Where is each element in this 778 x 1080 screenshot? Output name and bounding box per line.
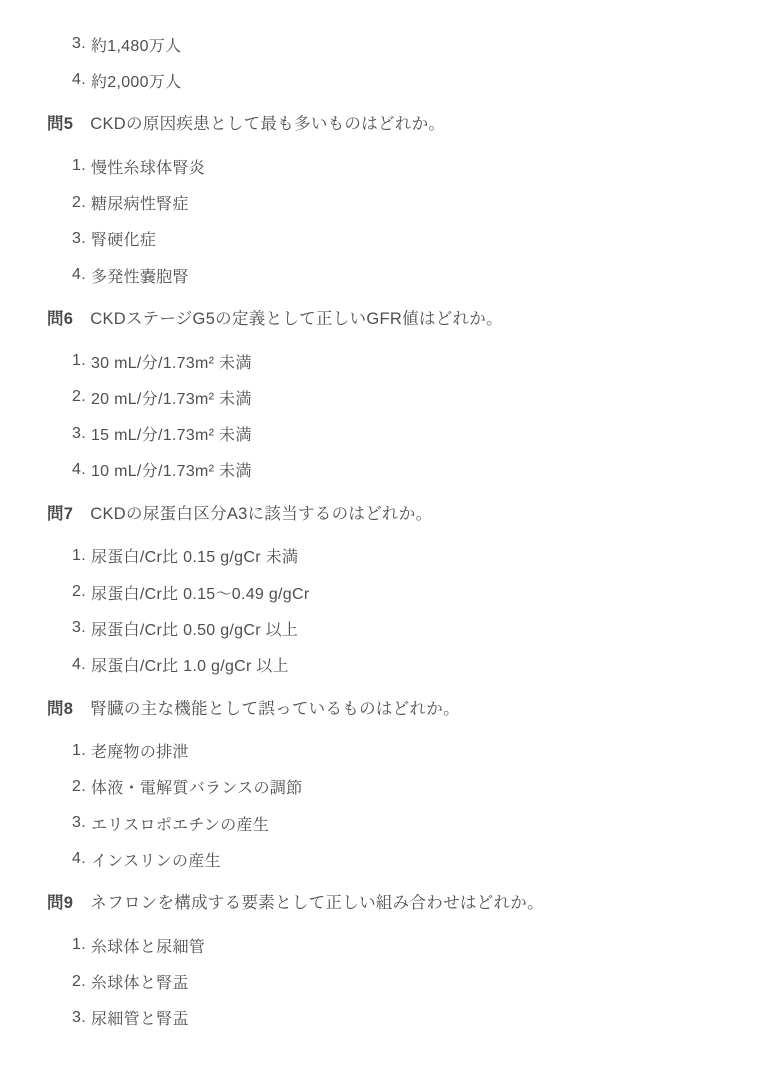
option-text: 体液・電解質バランスの調節 — [91, 775, 302, 798]
option-item: 4. インスリンの産生 — [47, 841, 738, 877]
question-label: 問9 — [47, 889, 73, 913]
question-label: 問6 — [47, 305, 73, 329]
option-text: 尿蛋白/Cr比 0.15 g/gCr 未満 — [91, 544, 298, 567]
option-text: 10 mL/分/1.73m² 未満 — [91, 458, 252, 481]
option-item: 3. 尿細管と腎盂 — [47, 1000, 738, 1036]
option-text: 老廃物の排泄 — [91, 739, 189, 762]
option-item: 3. 腎硬化症 — [47, 221, 738, 257]
option-item: 4. 尿蛋白/Cr比 1.0 g/gCr 以上 — [47, 646, 738, 682]
option-text: エリスロポエチンの産生 — [91, 812, 269, 835]
option-number: 1. — [72, 936, 86, 954]
option-number: 2. — [72, 194, 86, 212]
option-text: 尿蛋白/Cr比 0.50 g/gCr 以上 — [91, 617, 298, 640]
option-number: 4. — [72, 266, 86, 284]
option-item: 1. 老廃物の排泄 — [47, 733, 738, 769]
option-text: 約2,000万人 — [91, 69, 181, 92]
option-text: 多発性嚢胞腎 — [91, 264, 189, 287]
option-item: 4. 10 mL/分/1.73m² 未満 — [47, 452, 738, 488]
option-item: 1. 糸球体と尿細管 — [47, 927, 738, 963]
option-item: 3. 15 mL/分/1.73m² 未満 — [47, 416, 738, 452]
question-text: CKDステージG5の定義として正しいGFR値はどれか。 — [90, 305, 503, 329]
option-number: 3. — [72, 1009, 86, 1027]
option-item: 2. 糖尿病性腎症 — [47, 185, 738, 221]
option-text: 尿蛋白/Cr比 1.0 g/gCr 以上 — [91, 653, 289, 676]
option-text: 約1,480万人 — [91, 33, 181, 56]
question-text: 腎臓の主な機能として誤っているものはどれか。 — [90, 695, 460, 719]
question-block: 問9 ネフロンを構成する要素として正しい組み合わせはどれか。 1. 糸球体と尿細… — [47, 883, 738, 1036]
option-text: 20 mL/分/1.73m² 未満 — [91, 386, 252, 409]
question-header: 問7 CKDの尿蛋白区分A3に該当するのはどれか。 — [47, 494, 738, 530]
option-number: 2. — [72, 388, 86, 406]
option-item: 4. 約2,000万人 — [47, 62, 738, 98]
document-page: 3. 約1,480万人 4. 約2,000万人 問5 CKDの原因疾患として最も… — [0, 0, 778, 1080]
question-label: 問5 — [47, 110, 73, 134]
option-item: 3. 約1,480万人 — [47, 26, 738, 62]
option-text: 糖尿病性腎症 — [91, 191, 189, 214]
option-number: 3. — [72, 35, 86, 53]
option-item: 3. エリスロポエチンの産生 — [47, 805, 738, 841]
option-text: 尿細管と腎盂 — [91, 1006, 189, 1029]
option-number: 2. — [72, 583, 86, 601]
question-text: CKDの尿蛋白区分A3に該当するのはどれか。 — [90, 500, 432, 524]
option-number: 1. — [72, 547, 86, 565]
option-number: 4. — [72, 71, 86, 89]
option-item: 2. 尿蛋白/Cr比 0.15〜0.49 g/gCr — [47, 574, 738, 610]
option-number: 3. — [72, 230, 86, 248]
option-item: 4. 多発性嚢胞腎 — [47, 257, 738, 293]
option-number: 1. — [72, 157, 86, 175]
question-label: 問7 — [47, 500, 73, 524]
option-number: 4. — [72, 850, 86, 868]
option-text: 糸球体と腎盂 — [91, 970, 189, 993]
option-text: 15 mL/分/1.73m² 未満 — [91, 422, 252, 445]
option-text: 慢性糸球体腎炎 — [91, 155, 205, 178]
option-number: 1. — [72, 742, 86, 760]
option-text: 30 mL/分/1.73m² 未満 — [91, 350, 252, 373]
option-text: 尿蛋白/Cr比 0.15〜0.49 g/gCr — [91, 581, 310, 604]
option-text: 糸球体と尿細管 — [91, 934, 205, 957]
option-number: 2. — [72, 778, 86, 796]
option-number: 3. — [72, 425, 86, 443]
option-item: 1. 30 mL/分/1.73m² 未満 — [47, 343, 738, 379]
option-text: インスリンの産生 — [91, 848, 221, 871]
option-number: 3. — [72, 619, 86, 637]
question-block: 問5 CKDの原因疾患として最も多いものはどれか。 1. 慢性糸球体腎炎 2. … — [47, 104, 738, 293]
question-label: 問8 — [47, 695, 73, 719]
question-header: 問5 CKDの原因疾患として最も多いものはどれか。 — [47, 104, 738, 140]
question-text: ネフロンを構成する要素として正しい組み合わせはどれか。 — [90, 889, 544, 913]
option-number: 4. — [72, 461, 86, 479]
option-number: 2. — [72, 973, 86, 991]
option-number: 1. — [72, 352, 86, 370]
question-header: 問8 腎臓の主な機能として誤っているものはどれか。 — [47, 689, 738, 725]
question-block: 問6 CKDステージG5の定義として正しいGFR値はどれか。 1. 30 mL/… — [47, 299, 738, 488]
option-number: 4. — [72, 656, 86, 674]
option-item: 1. 尿蛋白/Cr比 0.15 g/gCr 未満 — [47, 538, 738, 574]
question-block: 問7 CKDの尿蛋白区分A3に該当するのはどれか。 1. 尿蛋白/Cr比 0.1… — [47, 494, 738, 683]
option-item: 3. 尿蛋白/Cr比 0.50 g/gCr 以上 — [47, 610, 738, 646]
option-item: 2. 糸球体と腎盂 — [47, 964, 738, 1000]
question-header: 問9 ネフロンを構成する要素として正しい組み合わせはどれか。 — [47, 883, 738, 919]
option-text: 腎硬化症 — [91, 227, 156, 250]
option-item: 2. 20 mL/分/1.73m² 未満 — [47, 379, 738, 415]
question-header: 問6 CKDステージG5の定義として正しいGFR値はどれか。 — [47, 299, 738, 335]
option-item: 1. 慢性糸球体腎炎 — [47, 148, 738, 184]
option-number: 3. — [72, 814, 86, 832]
question-block: 問8 腎臓の主な機能として誤っているものはどれか。 1. 老廃物の排泄 2. 体… — [47, 689, 738, 878]
question-text: CKDの原因疾患として最も多いものはどれか。 — [90, 110, 445, 134]
option-item: 2. 体液・電解質バランスの調節 — [47, 769, 738, 805]
